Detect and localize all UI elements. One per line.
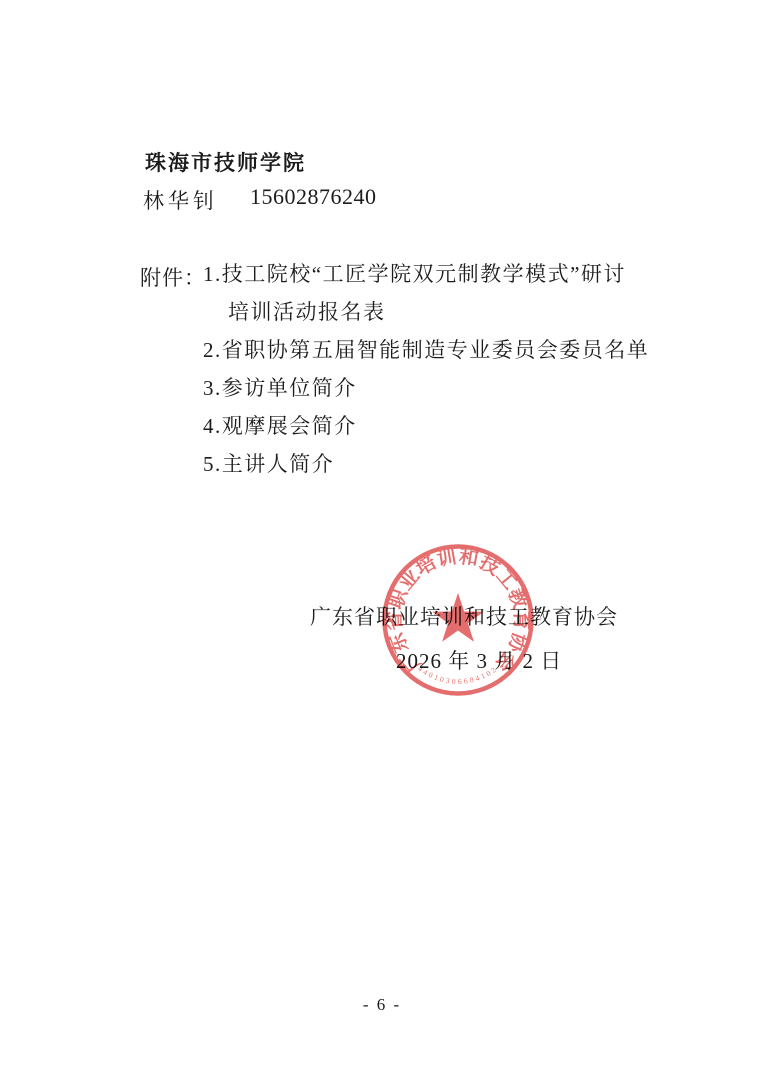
- contact-line: 林华钊 15602876240: [143, 185, 218, 215]
- attachment-item-1-continuation: 培训活动报名表: [203, 300, 649, 338]
- attachment-item-3: 3.参访单位简介: [203, 376, 649, 414]
- document-page: 珠海市技师学院 林华钊 15602876240 附件： 1.技工院校“工匠学院双…: [0, 0, 764, 1080]
- signature-organization: 广东省职业培训和技工教育协会: [310, 601, 618, 631]
- attachment-item-4: 4.观摩展会简介: [203, 414, 649, 452]
- attachments-list: 1.技工院校“工匠学院双元制教学模式”研讨 培训活动报名表 2.省职协第五届智能…: [203, 262, 649, 490]
- attachments-label: 附件：: [140, 262, 206, 292]
- contact-phone: 15602876240: [250, 184, 377, 210]
- page-number: - 6 -: [0, 995, 764, 1015]
- attachment-item-5: 5.主讲人简介: [203, 452, 649, 490]
- signature-date: 2026 年 3 月 2 日: [396, 645, 562, 675]
- recipient-organization: 珠海市技师学院: [145, 147, 306, 177]
- attachment-item-1: 1.技工院校“工匠学院双元制教学模式”研讨: [203, 262, 649, 300]
- attachment-item-2: 2.省职协第五届智能制造专业委员会委员名单: [203, 338, 649, 376]
- contact-name: 林华钊: [143, 189, 218, 213]
